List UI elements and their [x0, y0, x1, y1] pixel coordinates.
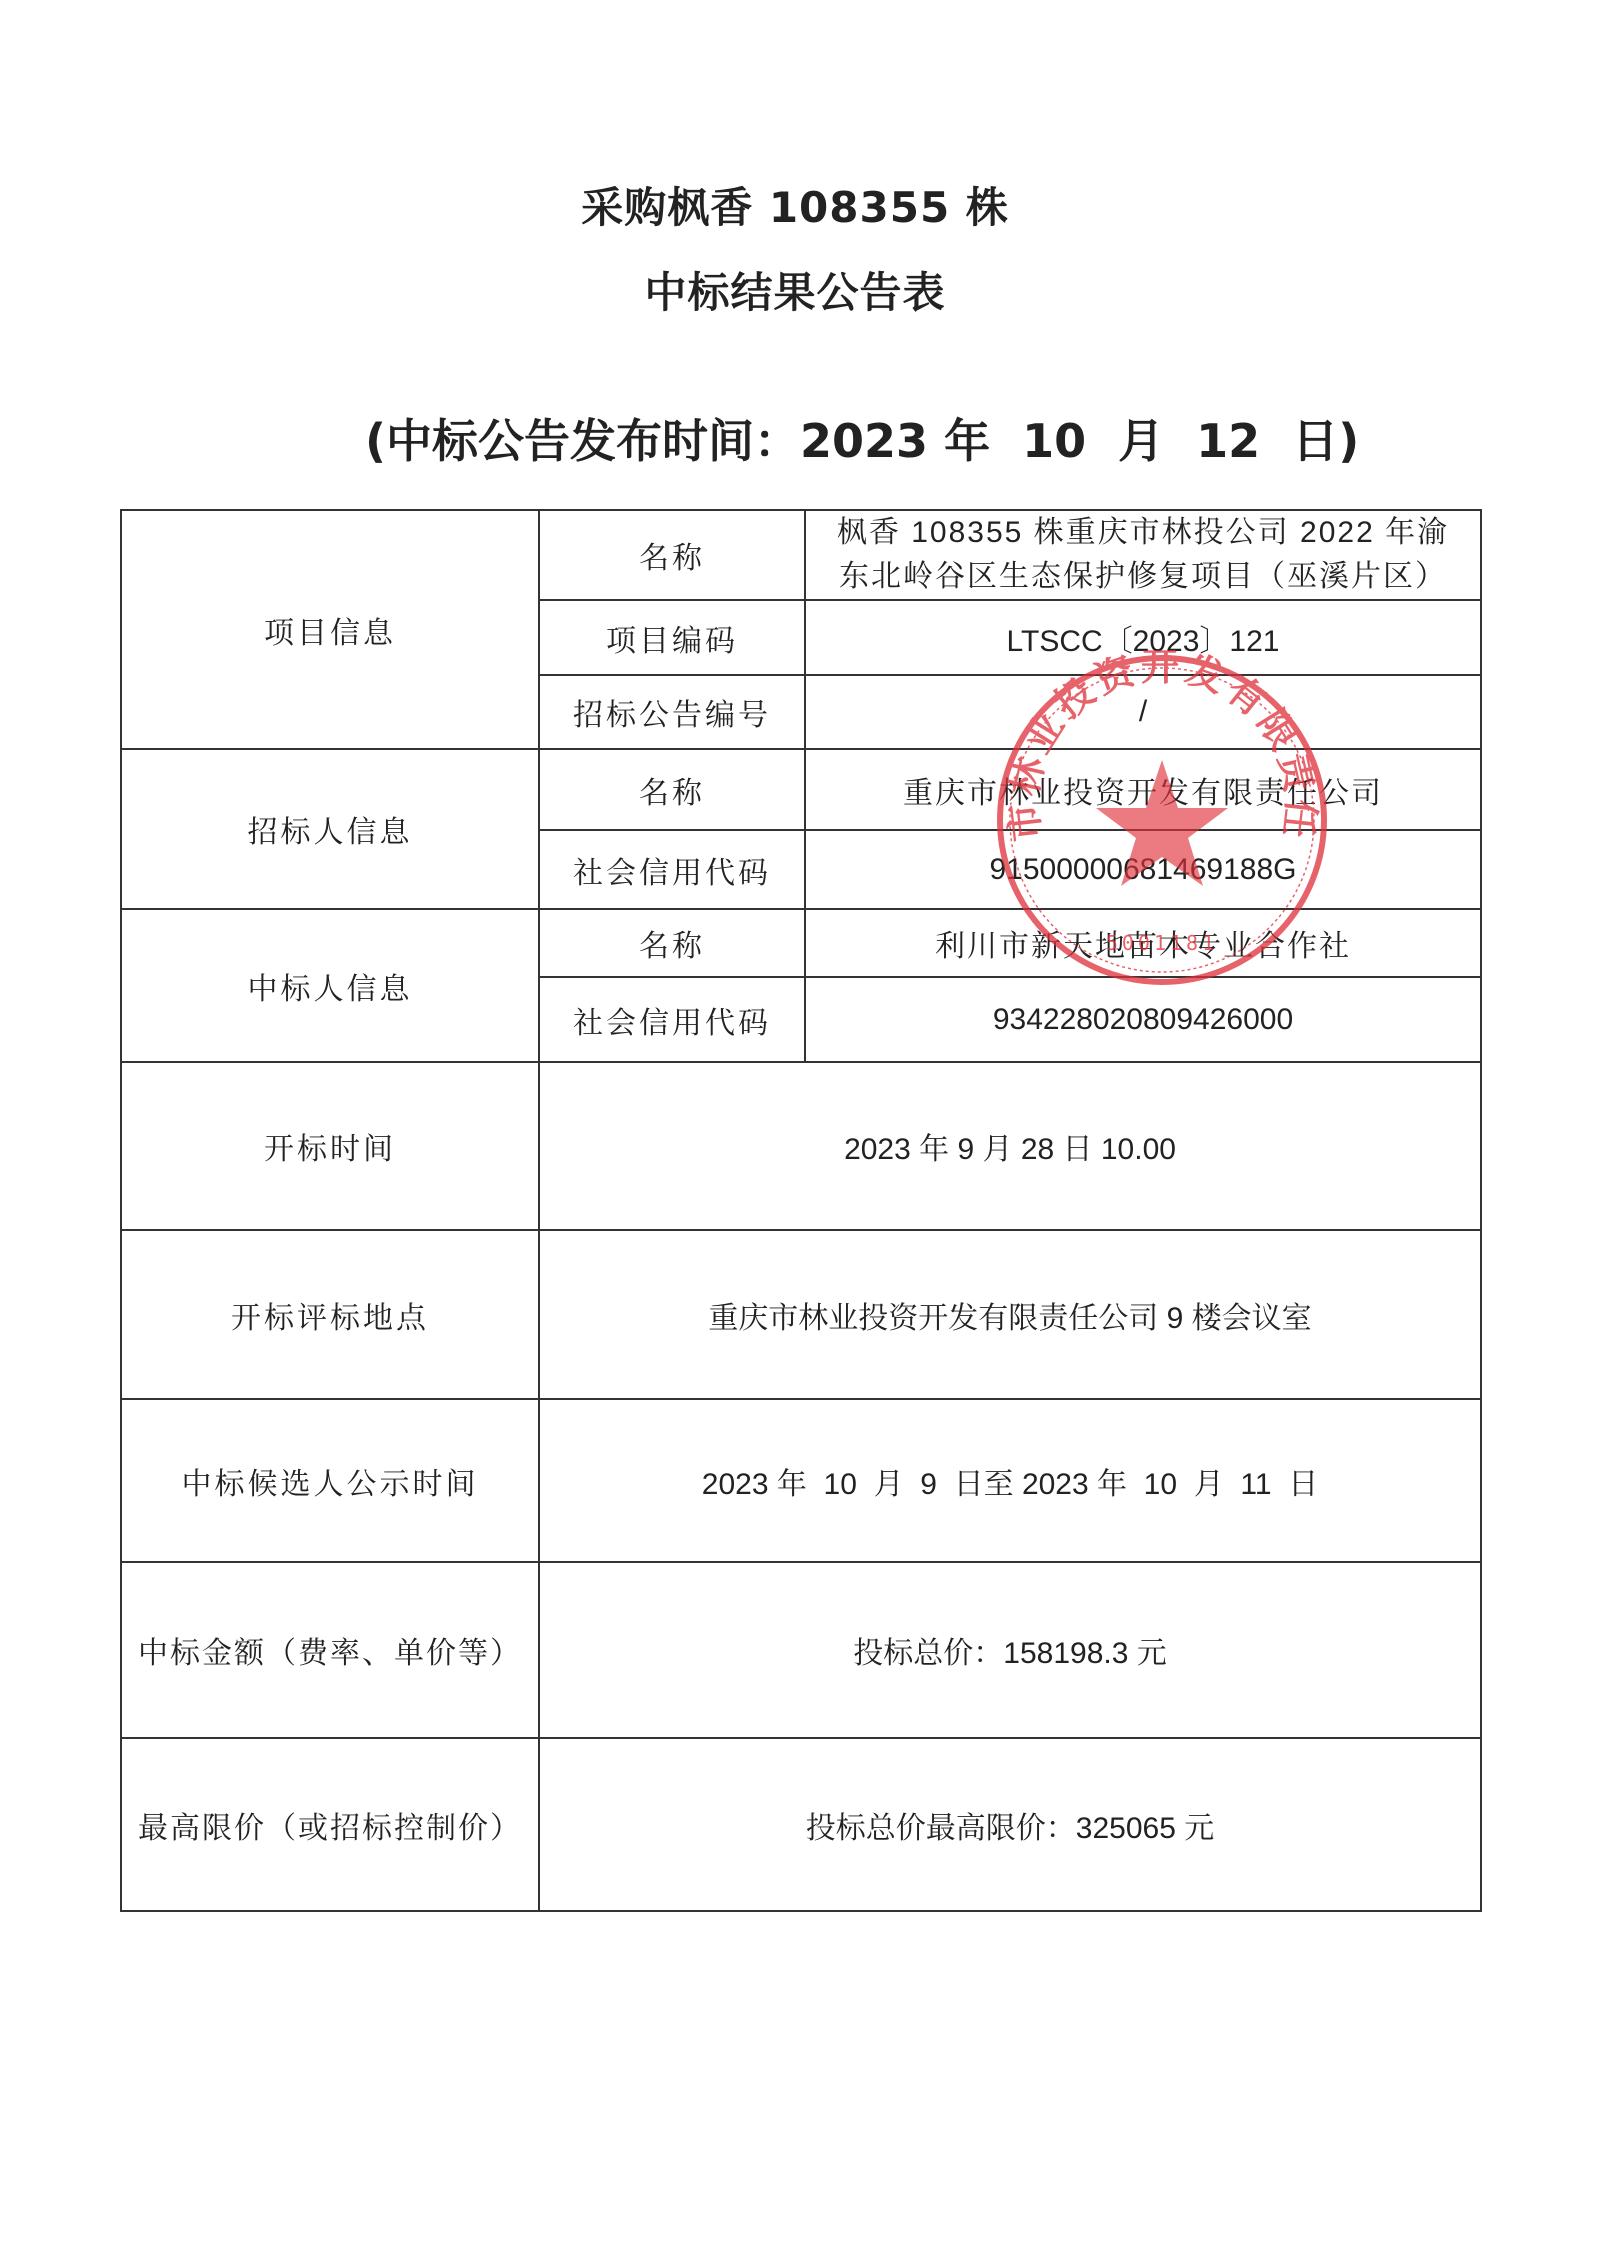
opening-time-label: 开标时间 — [121, 1062, 539, 1230]
document-subtitle: 中标结果公告表 — [0, 260, 1595, 320]
tenderer-name-value: 重庆市林业投资开发有限责任公司 — [805, 749, 1481, 830]
table-row: 招标人信息 名称 重庆市林业投资开发有限责任公司 — [121, 749, 1481, 830]
project-info-label: 项目信息 — [121, 510, 539, 749]
winning-amount-value: 投标总价：158198.3 元 — [539, 1562, 1481, 1738]
opening-location-label: 开标评标地点 — [121, 1230, 539, 1399]
winning-amount-label: 中标金额（费率、单价等） — [121, 1562, 539, 1738]
notice-number-label: 招标公告编号 — [539, 675, 805, 749]
table-row: 中标金额（费率、单价等） 投标总价：158198.3 元 — [121, 1562, 1481, 1738]
publish-date: (中标公告发布时间：2023 年 10 月 12 日) — [365, 405, 1359, 471]
project-name-label: 名称 — [539, 510, 805, 600]
winner-credit-code-value: 934228020809426000 — [805, 977, 1481, 1062]
opening-time-value: 2023 年 9 月 28 日 10.00 — [539, 1062, 1481, 1230]
table-row: 最高限价（或招标控制价） 投标总价最高限价：325065 元 — [121, 1738, 1481, 1911]
tenderer-credit-code-label: 社会信用代码 — [539, 830, 805, 909]
winner-credit-code-label: 社会信用代码 — [539, 977, 805, 1062]
opening-location-value: 重庆市林业投资开发有限责任公司 9 楼会议室 — [539, 1230, 1481, 1399]
tenderer-name-label: 名称 — [539, 749, 805, 830]
project-code-label: 项目编码 — [539, 600, 805, 675]
bid-result-table: 项目信息 名称 枫香 108355 株重庆市林投公司 2022 年渝东北岭谷区生… — [120, 509, 1482, 1912]
winner-name-label: 名称 — [539, 909, 805, 977]
table-row: 项目信息 名称 枫香 108355 株重庆市林投公司 2022 年渝东北岭谷区生… — [121, 510, 1481, 600]
table-row: 中标人信息 名称 利川市新天地苗木专业合作社 — [121, 909, 1481, 977]
winner-name-value: 利川市新天地苗木专业合作社 — [805, 909, 1481, 977]
table-row: 开标评标地点 重庆市林业投资开发有限责任公司 9 楼会议室 — [121, 1230, 1481, 1399]
tenderer-info-label: 招标人信息 — [121, 749, 539, 909]
tenderer-credit-code-value: 91500000681469188G — [805, 830, 1481, 909]
max-price-value: 投标总价最高限价：325065 元 — [539, 1738, 1481, 1911]
project-name-value: 枫香 108355 株重庆市林投公司 2022 年渝东北岭谷区生态保护修复项目（… — [805, 510, 1481, 600]
document-title: 采购枫香 108355 株 — [0, 175, 1595, 235]
project-code-value: LTSCC〔2023〕121 — [805, 600, 1481, 675]
max-price-label: 最高限价（或招标控制价） — [121, 1738, 539, 1911]
publicity-period-label: 中标候选人公示时间 — [121, 1399, 539, 1562]
table-row: 中标候选人公示时间 2023 年 10 月 9 日至 2023 年 10 月 1… — [121, 1399, 1481, 1562]
notice-number-value: / — [805, 675, 1481, 749]
publicity-period-value: 2023 年 10 月 9 日至 2023 年 10 月 11 日 — [539, 1399, 1481, 1562]
winner-info-label: 中标人信息 — [121, 909, 539, 1062]
table-row: 开标时间 2023 年 9 月 28 日 10.00 — [121, 1062, 1481, 1230]
